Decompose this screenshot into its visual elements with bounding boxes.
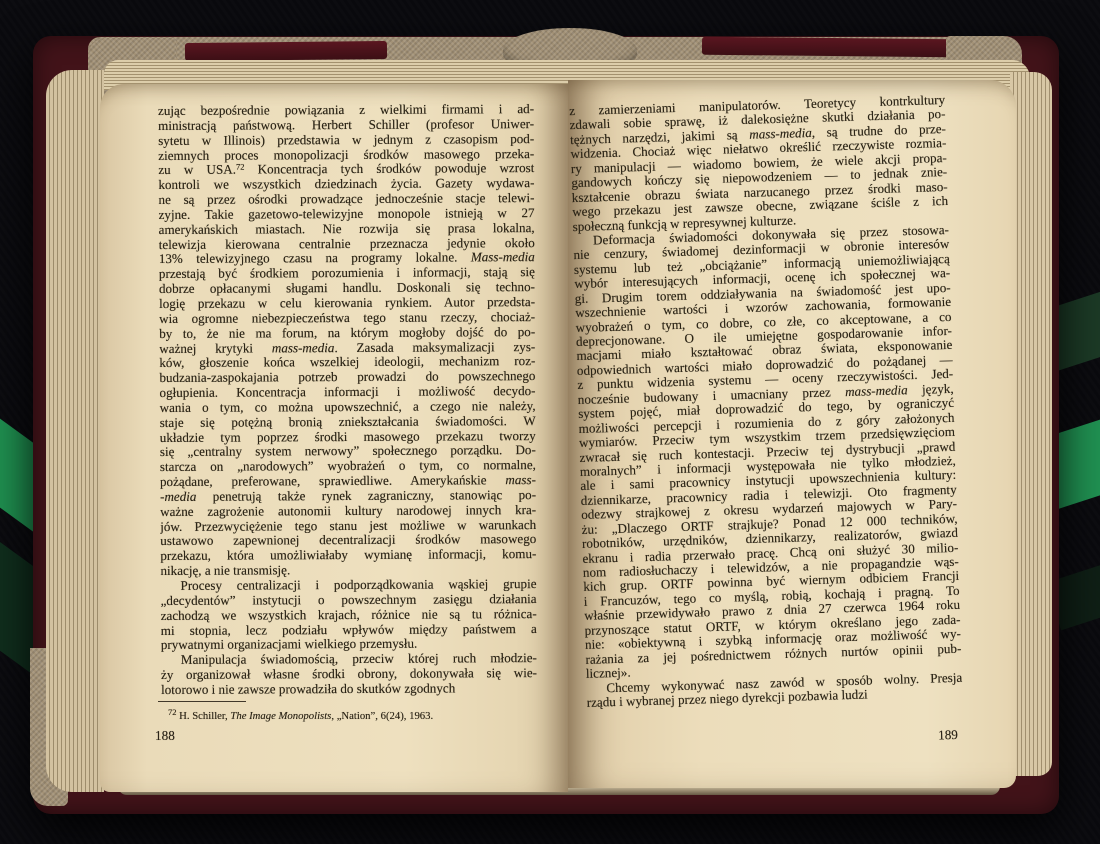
- page-stack-right-edge: [1010, 72, 1052, 776]
- footnote: 72 H. Schiller, The Image Monopolists, „…: [158, 710, 498, 723]
- text-line: lotorowo i nie zawsze prowadziła do skut…: [161, 681, 537, 698]
- cover-edge-top-left: [185, 41, 387, 61]
- text-line: przekazu, która umożliwiałaby wymianę in…: [160, 547, 536, 564]
- page-189-text: 189 z zamierzeniami manipulatorów. Teore…: [569, 93, 963, 710]
- page-number-left: 188: [155, 728, 175, 744]
- book-page-left: zując bezpośrednie powiązania z wielkimi…: [100, 84, 568, 792]
- page-stack-left-edge: [46, 70, 104, 792]
- page-188-text: zując bezpośrednie powiązania z wielkimi…: [158, 102, 537, 698]
- cover-edge-top-right: [702, 37, 954, 58]
- open-book: zując bezpośrednie powiązania z wielkimi…: [0, 0, 1100, 844]
- photo-of-open-book: zując bezpośrednie powiązania z wielkimi…: [0, 0, 1100, 844]
- book-page-right: 189 z zamierzeniami manipulatorów. Teore…: [568, 80, 1016, 788]
- footnote-divider: [158, 701, 246, 702]
- page-number-right: 189: [938, 727, 958, 744]
